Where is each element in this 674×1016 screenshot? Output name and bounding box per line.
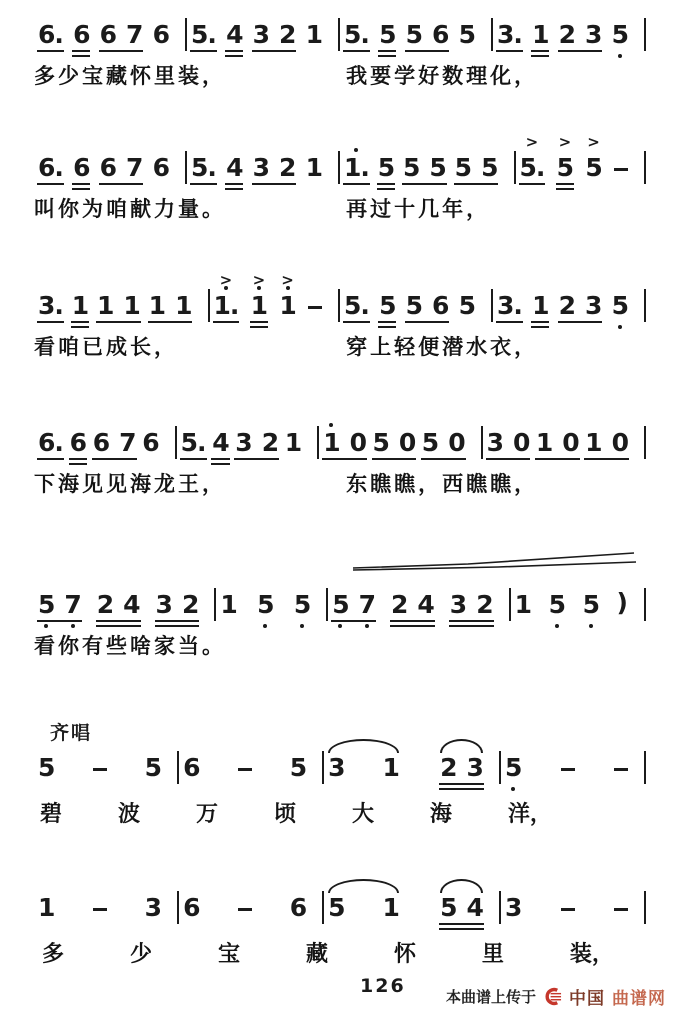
note-group: 5 <box>288 755 308 791</box>
note-group-underline: 5. <box>189 155 218 191</box>
note-digit: 6 <box>153 22 169 48</box>
note-group-underline: 3. <box>495 293 524 329</box>
note-group: 1 <box>304 155 324 191</box>
note: 2 <box>279 155 295 181</box>
note-digit: 6. <box>38 155 63 181</box>
lyric-phrase: 看你有些啥家当。 <box>34 630 226 660</box>
duration-dash-icon <box>93 908 107 911</box>
note-group-double-underline: 4 <box>224 22 244 58</box>
lyric-syllable: 波 <box>118 797 140 828</box>
note-group-double-underline: 4 <box>210 430 230 466</box>
note-digit: 7 <box>359 592 375 618</box>
note-group: 6 <box>151 22 171 58</box>
note-digit: 5. <box>191 155 216 181</box>
note-digit: 2 <box>182 592 198 618</box>
note-group <box>236 908 254 931</box>
note: 6 <box>153 22 169 48</box>
note-digit: 1 <box>323 430 339 456</box>
lyric-phrase: 多少宝藏怀里装， <box>34 60 226 90</box>
note-digit: 5 <box>549 592 565 618</box>
note: 3. <box>497 293 522 319</box>
accent-mark-icon: > <box>559 135 572 149</box>
note: 2 <box>476 592 492 618</box>
lyric-syllable: 怀 <box>394 937 416 968</box>
dash-note <box>238 908 252 921</box>
note: 1 <box>585 430 601 456</box>
note: 0 <box>350 430 366 456</box>
note-digit: 3 <box>585 22 601 48</box>
lyric-syllable: 多 <box>42 937 64 968</box>
note-group-underline: 30 <box>485 430 532 466</box>
note: 1 <box>306 22 322 48</box>
dash-note <box>93 908 107 921</box>
note: 1 <box>220 592 236 618</box>
note: 3 <box>328 755 344 781</box>
note: 1 <box>532 22 548 48</box>
measure: 55 <box>34 755 177 791</box>
note-digit: 3 <box>450 592 466 618</box>
note-digit: 1 <box>279 293 295 319</box>
note-group: 6 <box>140 430 160 466</box>
note-digit: 5 <box>373 430 389 456</box>
measure: 5154 <box>324 895 499 931</box>
note-group <box>559 768 577 791</box>
note-digit: 5 <box>378 155 394 181</box>
note-digit: 6 <box>432 22 448 48</box>
note: 5 <box>145 755 161 781</box>
note: 5 <box>373 430 389 456</box>
notation-system: 6.66765.4321105050301010下海见见海龙王，东瞧瞧，西瞧瞧， <box>34 408 646 498</box>
note-digit: 3 <box>467 755 483 781</box>
dash-note <box>238 768 252 781</box>
note: 1> <box>251 293 267 319</box>
duration-dash-icon <box>561 908 575 911</box>
note: 6 <box>183 755 199 781</box>
note-group: 1 <box>218 592 238 628</box>
note-digit: 4 <box>417 592 433 618</box>
note: 5. <box>191 155 216 181</box>
note: 5 <box>379 22 395 48</box>
note-group-underline: 23 <box>557 22 604 58</box>
dash-note <box>614 768 628 781</box>
note-digit: 0 <box>350 430 366 456</box>
note: 2 <box>559 293 575 319</box>
note-digit: 5. <box>191 22 216 48</box>
note: 6 <box>70 430 86 456</box>
note-digit: 5 <box>481 155 497 181</box>
note-digit: 5 <box>422 430 438 456</box>
notation-row: 136651543 <box>34 873 646 931</box>
octave-dot-below-icon <box>589 624 593 628</box>
note-group-underline: 1.> <box>212 293 241 329</box>
duration-dash-icon <box>93 768 107 771</box>
note: 1 <box>383 895 399 921</box>
page-number: 126 <box>360 975 406 997</box>
note-digit: ) <box>617 590 628 616</box>
note-digit: 2 <box>440 755 456 781</box>
note: 6. <box>38 155 63 181</box>
note-group-underline: 57 <box>36 592 83 628</box>
note-group-underline: 67 <box>91 430 138 466</box>
note-group-underline: 6. <box>36 155 65 191</box>
lyrics-row: 叫你为咱献力量。再过十几年， <box>34 193 646 223</box>
note-digit: 1 <box>149 293 165 319</box>
note-group: 5 <box>457 293 477 329</box>
note-digit: 3 <box>487 430 503 456</box>
note: 7 <box>126 155 142 181</box>
note: 5 <box>332 592 348 618</box>
note: 5 <box>455 155 471 181</box>
note: 3 <box>585 293 601 319</box>
slur-arc-icon <box>440 879 483 893</box>
note: 5 <box>328 895 344 921</box>
note-digit: 1 <box>306 155 322 181</box>
note: 1 <box>175 293 191 319</box>
note: 0 <box>612 430 628 456</box>
note-digit: 6. <box>38 22 63 48</box>
note: 5 <box>429 155 445 181</box>
note-digit: 5. <box>520 155 545 181</box>
note-digit: 5 <box>557 155 573 181</box>
barline <box>644 891 646 924</box>
lyric-syllable: 海 <box>430 797 452 828</box>
octave-dot-below-icon <box>71 624 75 628</box>
note-digit: 5 <box>505 755 521 781</box>
note-digit: 1 <box>72 293 88 319</box>
note-digit: 5 <box>585 155 601 181</box>
note-group: 1 <box>283 430 303 466</box>
note-digit: 6 <box>73 155 89 181</box>
note-digit: 2 <box>391 592 407 618</box>
note-digit: 1 <box>532 22 548 48</box>
note: 4 <box>226 155 242 181</box>
note-group: 5 <box>610 293 630 329</box>
note: 3 <box>467 755 483 781</box>
lyric-phrase: 东瞧瞧，西瞧瞧， <box>346 468 538 498</box>
note: 1 <box>515 592 531 618</box>
notation-row: 556531235 <box>34 733 646 791</box>
note-digit: 5 <box>612 22 628 48</box>
note: 5 <box>403 155 419 181</box>
note: 7 <box>119 430 135 456</box>
octave-dot-below-icon <box>338 624 342 628</box>
note-group-underline: 5. <box>342 293 371 329</box>
note-group-double-underline: 1> <box>249 293 269 329</box>
notation-row: 3.111111.>1>1>5.55653.1235 <box>34 271 646 329</box>
note-digit: 3 <box>253 22 269 48</box>
note: 1. <box>344 155 369 181</box>
dash-note <box>614 168 628 181</box>
note-digit: 5 <box>38 592 54 618</box>
note: 6 <box>93 430 109 456</box>
note: 5 <box>440 895 456 921</box>
lyric-phrase: 下海见见海龙王， <box>34 468 226 498</box>
note-group-double-underline: 32 <box>154 592 201 628</box>
note-group-underline: 3. <box>36 293 65 329</box>
note: 6 <box>100 22 116 48</box>
note-digit: 2 <box>559 22 575 48</box>
note: 5 <box>481 155 497 181</box>
note-group-double-underline: 23 <box>438 755 485 791</box>
note-digit: 3 <box>235 430 251 456</box>
note-group: 1 <box>36 895 56 931</box>
note-digit: 6 <box>73 22 89 48</box>
note: 5 <box>583 592 599 618</box>
note: 5. <box>344 22 369 48</box>
note-digit: 3 <box>328 755 344 781</box>
note-digit: 3 <box>585 293 601 319</box>
note-digit: 5 <box>38 755 54 781</box>
note-group-underline: 5. <box>179 430 208 466</box>
note: 6 <box>100 155 116 181</box>
note-group-underline: 55 <box>453 155 500 191</box>
note-group-underline: 11 <box>147 293 194 329</box>
note-digit: 5. <box>344 293 369 319</box>
note-group: 5 <box>457 22 477 58</box>
note-digit: 1 <box>536 430 552 456</box>
note-digit: 5 <box>406 293 422 319</box>
measure: 6.6676 <box>34 22 185 58</box>
note: 2 <box>262 430 278 456</box>
barline <box>644 289 646 322</box>
note-group: 5 <box>547 592 567 628</box>
note: 5 <box>459 293 475 319</box>
note-digit: 1 <box>123 293 139 319</box>
note: 1 <box>323 430 339 456</box>
note-group: 1> <box>277 293 297 329</box>
accent-mark-icon: > <box>220 273 233 287</box>
note-group-double-underline: 6 <box>71 155 91 191</box>
note: 3. <box>497 22 522 48</box>
note-group <box>236 768 254 791</box>
note: 1 <box>536 430 552 456</box>
duration-dash-icon <box>614 908 628 911</box>
note-digit: 1 <box>251 293 267 319</box>
note-group: 5 <box>503 755 523 791</box>
note: 5 <box>612 293 628 319</box>
note-group: 1 <box>304 22 324 58</box>
lyric-phrase: 我要学好数理化， <box>346 60 538 90</box>
measure: 5 <box>501 755 644 791</box>
note: 7 <box>359 592 375 618</box>
barline <box>644 151 646 184</box>
note-digit: 1 <box>532 293 548 319</box>
measure: 5.5565 <box>340 293 491 329</box>
footer-credit: 本曲谱上传于 中国曲谱网 <box>446 984 666 1009</box>
note-digit: 3. <box>497 22 522 48</box>
measure: 65 <box>179 755 322 791</box>
note-digit: 2 <box>262 430 278 456</box>
note-group: 3 <box>143 895 163 931</box>
notation-system: 6.66765.43215.55653.1235多少宝藏怀里装，我要学好数理化， <box>34 0 646 90</box>
barline <box>644 18 646 51</box>
note: 6. <box>38 430 63 456</box>
measure: 155 <box>216 592 326 628</box>
note: 5 <box>612 22 628 48</box>
lyric-syllable: 洋， <box>508 797 552 828</box>
note-group: 31 <box>326 755 401 791</box>
octave-dot-below-icon <box>555 624 559 628</box>
note: 1 <box>97 293 113 319</box>
note-group <box>612 908 630 931</box>
note-group-underline: 10 <box>583 430 630 466</box>
lyric-phrase: 叫你为咱献力量。 <box>34 193 226 223</box>
note: 4 <box>467 895 483 921</box>
note-group-underline: 3. <box>495 22 524 58</box>
note-digit: 1 <box>285 430 301 456</box>
note: 5.> <box>520 155 545 181</box>
measure: 105050 <box>319 430 480 466</box>
note-digit: 1. <box>344 155 369 181</box>
note: 2 <box>440 755 456 781</box>
note: 6. <box>38 22 63 48</box>
note-digit: 1 <box>306 22 322 48</box>
note-group: 51 <box>326 895 401 931</box>
note: 3 <box>450 592 466 618</box>
note-digit: 5 <box>455 155 471 181</box>
note: 3 <box>585 22 601 48</box>
note-group <box>306 306 324 329</box>
note: 0 <box>513 430 529 456</box>
octave-dot-below-icon <box>511 787 515 791</box>
note-digit: 1 <box>38 895 54 921</box>
note: 6 <box>73 155 89 181</box>
note-group: 6 <box>151 155 171 191</box>
note-digit: 5 <box>429 155 445 181</box>
note-group-underline: 56 <box>404 293 451 329</box>
note-group: 3 <box>503 895 523 931</box>
note: 3 <box>156 592 172 618</box>
note: 1 <box>285 430 301 456</box>
note: 5 <box>459 22 475 48</box>
note-digit: 6 <box>153 155 169 181</box>
octave-dot-below-icon <box>618 325 622 329</box>
dash-note <box>93 768 107 781</box>
note-digit: 5 <box>459 293 475 319</box>
note-group-double-underline: 6 <box>71 22 91 58</box>
note-digit: 3 <box>145 895 161 921</box>
note: 0 <box>562 430 578 456</box>
note: 7 <box>64 592 80 618</box>
note-group <box>612 168 630 191</box>
note-group: 5> <box>583 155 603 191</box>
note-group-underline: 23 <box>557 293 604 329</box>
note: 3. <box>38 293 63 319</box>
note-digit: 6 <box>290 895 306 921</box>
note-group-double-underline: 5> <box>555 155 575 191</box>
note-group: 5 <box>581 592 601 628</box>
duration-dash-icon <box>614 768 628 771</box>
lyric-syllable: 少 <box>130 937 152 968</box>
note: 4 <box>212 430 228 456</box>
note-digit: 5. <box>344 22 369 48</box>
measure: 3123 <box>324 755 499 791</box>
note-digit: 4 <box>212 430 228 456</box>
slur-arc-icon <box>440 739 483 753</box>
note-digit: 6 <box>93 430 109 456</box>
note-digit: 6. <box>38 430 63 456</box>
note-digit: 5 <box>440 895 456 921</box>
note-digit: 0 <box>562 430 578 456</box>
lyric-syllable: 顷 <box>274 797 296 828</box>
lyrics-row: 看咱已成长，穿上轻便潜水衣， <box>34 331 646 361</box>
note-digit: 4 <box>226 155 242 181</box>
note-group <box>91 768 109 791</box>
note-group: 6 <box>181 895 201 931</box>
octave-dot-above-icon <box>354 148 358 152</box>
note-group-underline: 56 <box>404 22 451 58</box>
note-digit: 0 <box>513 430 529 456</box>
note: 1.> <box>214 293 239 319</box>
note-digit: 1 <box>383 895 399 921</box>
measure: 1.>1>1> <box>210 293 339 329</box>
note: 2 <box>279 22 295 48</box>
lyric-syllable: 里 <box>482 937 504 968</box>
accent-mark-icon: > <box>526 135 539 149</box>
note: 1 <box>123 293 139 319</box>
note: 0 <box>399 430 415 456</box>
note: 5 <box>406 22 422 48</box>
note-digit: 5 <box>612 293 628 319</box>
note: 3 <box>487 430 503 456</box>
note-digit: 5 <box>332 592 348 618</box>
note: 1 <box>532 293 548 319</box>
octave-dot-below-icon <box>44 624 48 628</box>
note-group-underline: 6. <box>36 430 65 466</box>
note-group <box>91 908 109 931</box>
note: 3 <box>505 895 521 921</box>
note-group-underline: 10 <box>534 430 581 466</box>
dash-note <box>561 908 575 921</box>
measure: 6.6676 <box>34 155 185 191</box>
note-digit: 2 <box>476 592 492 618</box>
note-group-underline: 67 <box>98 155 145 191</box>
duration-dash-icon <box>614 168 628 171</box>
notation-system: 3.111111.>1>1>5.55653.1235看咱已成长，穿上轻便潜水衣， <box>34 271 646 361</box>
accent-mark-icon: > <box>587 135 600 149</box>
note: 5 <box>378 155 394 181</box>
notation-row: 572432155572432155) <box>34 570 646 628</box>
note-digit: 5 <box>406 22 422 48</box>
note-digit: 2 <box>97 592 113 618</box>
note-digit: 6 <box>432 293 448 319</box>
note: 2 <box>391 592 407 618</box>
note-group <box>559 908 577 931</box>
note-digit: 5 <box>294 592 310 618</box>
note-group-double-underline: 5 <box>377 293 397 329</box>
lyric-syllable: 大 <box>352 797 374 828</box>
note-digit: 3 <box>505 895 521 921</box>
note-digit: 2 <box>559 293 575 319</box>
close-paren: ) <box>617 592 628 618</box>
lyric-syllable: 宝 <box>218 937 240 968</box>
note: 4 <box>226 22 242 48</box>
note-group-double-underline: 1 <box>530 293 550 329</box>
lyric-syllable: 碧 <box>40 797 62 828</box>
note-group-double-underline: 54 <box>438 895 485 931</box>
note: 1> <box>279 293 295 319</box>
notation-system: 556531235碧波万顷大海洋， <box>34 733 646 828</box>
note-group-underline: 32 <box>251 22 298 58</box>
note-digit: 1 <box>97 293 113 319</box>
note: 1 <box>306 155 322 181</box>
dash-note <box>561 768 575 781</box>
lyric-phrase: 穿上轻便潜水衣， <box>346 331 538 361</box>
octave-dot-below-icon <box>300 624 304 628</box>
note-digit: 3. <box>38 293 63 319</box>
note-group: 5 <box>292 592 312 628</box>
measure: 5.5565 <box>340 22 491 58</box>
